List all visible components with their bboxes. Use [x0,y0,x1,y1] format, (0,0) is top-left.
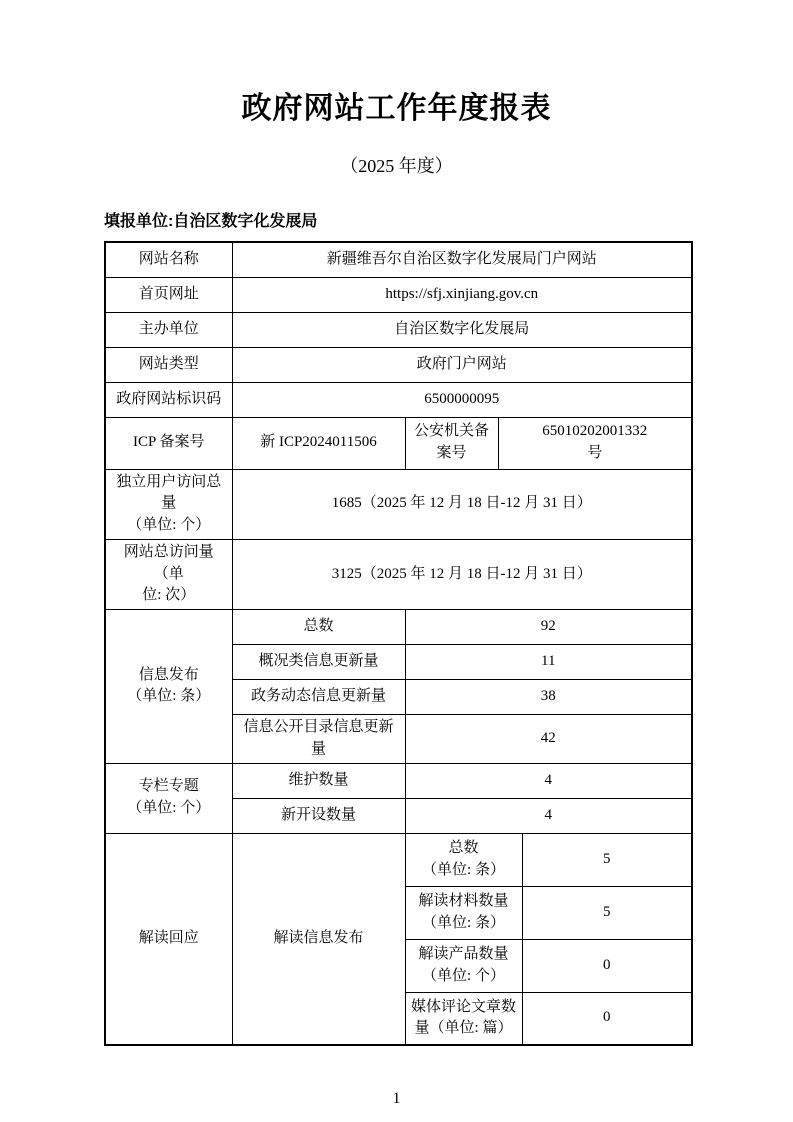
row-sponsor: 主办单位 自治区数字化发展局 [105,312,692,347]
row-site-name: 网站名称 新疆维吾尔自治区数字化发展局门户网站 [105,242,692,277]
interpretation-label: 解读回应 [105,833,232,1045]
interpretation-item-name: 解读产品数量 （单位: 个） [405,939,522,992]
interpretation-sub-label: 解读信息发布 [232,833,405,1045]
site-code-value: 6500000095 [232,382,692,417]
row-total-visits: 网站总访问量（单 位: 次） 3125（2025 年 12 月 18 日-12 … [105,539,692,609]
row-special-columns-0: 专栏专题 （单位: 个） 维护数量 4 [105,763,692,798]
police-record-value: 65010202001332 号 [498,417,692,469]
home-url-label: 首页网址 [105,277,232,312]
interpretation-item-value: 5 [522,833,692,886]
row-interpretation-0: 解读回应 解读信息发布 总数 （单位: 条） 5 [105,833,692,886]
info-publish-label: 信息发布 （单位: 条） [105,610,232,764]
row-unique-visitors: 独立用户访问总量 （单位: 个） 1685（2025 年 12 月 18 日-1… [105,469,692,539]
row-site-type: 网站类型 政府门户网站 [105,347,692,382]
reporting-unit: 填报单位:自治区数字化发展局 [104,212,793,232]
row-info-publish-0: 信息发布 （单位: 条） 总数 92 [105,610,692,645]
interpretation-item-value: 0 [522,939,692,992]
site-type-value: 政府门户网站 [232,347,692,382]
special-columns-item-name: 新开设数量 [232,798,405,833]
info-publish-item-value: 11 [405,645,692,680]
site-name-label: 网站名称 [105,242,232,277]
special-columns-label: 专栏专题 （单位: 个） [105,763,232,833]
sponsor-label: 主办单位 [105,312,232,347]
icp-label: ICP 备案号 [105,417,232,469]
total-visits-label: 网站总访问量（单 位: 次） [105,539,232,609]
info-publish-item-name: 概况类信息更新量 [232,645,405,680]
page-number: 1 [0,1090,793,1108]
unique-visitors-label: 独立用户访问总量 （单位: 个） [105,469,232,539]
unique-visitors-value: 1685（2025 年 12 月 18 日-12 月 31 日） [232,469,692,539]
site-code-label: 政府网站标识码 [105,382,232,417]
site-name-value: 新疆维吾尔自治区数字化发展局门户网站 [232,242,692,277]
info-publish-item-name: 政务动态信息更新量 [232,680,405,715]
interpretation-item-name: 总数 （单位: 条） [405,833,522,886]
total-visits-value: 3125（2025 年 12 月 18 日-12 月 31 日） [232,539,692,609]
interpretation-item-value: 5 [522,886,692,939]
special-columns-item-name: 维护数量 [232,763,405,798]
annual-report-table: 网站名称 新疆维吾尔自治区数字化发展局门户网站 首页网址 https://sfj… [104,241,693,1046]
info-publish-item-value: 92 [405,610,692,645]
icp-value: 新 ICP2024011506 [232,417,405,469]
interpretation-item-value: 0 [522,992,692,1045]
police-record-label: 公安机关备 案号 [405,417,498,469]
sponsor-value: 自治区数字化发展局 [232,312,692,347]
home-url-value: https://sfj.xinjiang.gov.cn [232,277,692,312]
page-title: 政府网站工作年度报表 [0,0,793,126]
row-home-url: 首页网址 https://sfj.xinjiang.gov.cn [105,277,692,312]
info-publish-item-value: 38 [405,680,692,715]
row-icp: ICP 备案号 新 ICP2024011506 公安机关备 案号 6501020… [105,417,692,469]
interpretation-item-name: 解读材料数量 （单位: 条） [405,886,522,939]
special-columns-item-value: 4 [405,798,692,833]
info-publish-item-value: 42 [405,715,692,764]
site-type-label: 网站类型 [105,347,232,382]
info-publish-item-name: 信息公开目录信息更新量 [232,715,405,764]
special-columns-item-value: 4 [405,763,692,798]
report-page: 政府网站工作年度报表 （2025 年度） 填报单位:自治区数字化发展局 网站名称… [0,0,793,1122]
interpretation-item-name: 媒体评论文章数 量（单位: 篇） [405,992,522,1045]
info-publish-item-name: 总数 [232,610,405,645]
page-subtitle: （2025 年度） [0,154,793,178]
row-site-code: 政府网站标识码 6500000095 [105,382,692,417]
